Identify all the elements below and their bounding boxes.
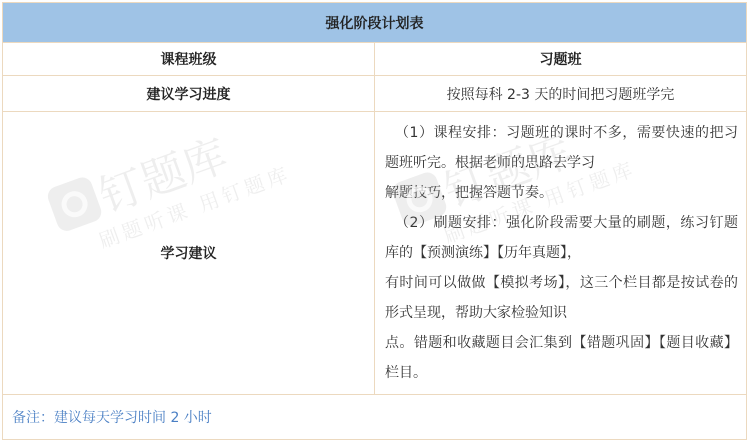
row-label-advice: 学习建议	[3, 112, 375, 350]
plan-table-container: 强化阶段计划表 课程班级 习题班 建议学习进度 按照每科 2-3 天的时间把习题…	[2, 2, 747, 344]
row-label-progress: 建议学习进度	[3, 76, 375, 112]
row-value-class: 习题班	[375, 43, 747, 76]
plan-table: 强化阶段计划表 课程班级 习题班 建议学习进度 按照每科 2-3 天的时间把习题…	[2, 2, 747, 349]
advice-paragraph-1-line-2: 解题技巧，把握答题节奏。	[385, 178, 738, 208]
advice-paragraph-2-line-2: 有时间可以做做【模拟考场】，这三个栏目都是按试卷的形式呈现，帮助大家检验知识	[385, 268, 738, 328]
table-row-class: 课程班级 习题班	[3, 43, 747, 76]
table-row-advice: 学习建议 （1）课程安排：习题班的课时不多，需要快速的把习题班听完。根据老师的思…	[3, 112, 747, 350]
advice-paragraph-1-line-1: （1）课程安排：习题班的课时不多，需要快速的把习题班听完。根据老师的思路去学习	[385, 118, 738, 178]
table-title: 强化阶段计划表	[3, 3, 747, 43]
row-value-progress: 按照每科 2-3 天的时间把习题班学完	[375, 76, 747, 112]
table-row-progress: 建议学习进度 按照每科 2-3 天的时间把习题班学完	[3, 76, 747, 112]
advice-paragraph-2-line-3: 点。错题和收藏题目会汇集到【错题巩固】【题目收藏】栏目。	[385, 328, 738, 349]
row-label-class: 课程班级	[3, 43, 375, 76]
title-row: 强化阶段计划表	[3, 3, 747, 43]
row-value-advice: （1）课程安排：习题班的课时不多，需要快速的把习题班听完。根据老师的思路去学习 …	[375, 112, 747, 350]
advice-paragraph-2-line-1: （2）刷题安排：强化阶段需要大量的刷题，练习钉题库的【预测演练】【历年真题】，	[385, 208, 738, 268]
